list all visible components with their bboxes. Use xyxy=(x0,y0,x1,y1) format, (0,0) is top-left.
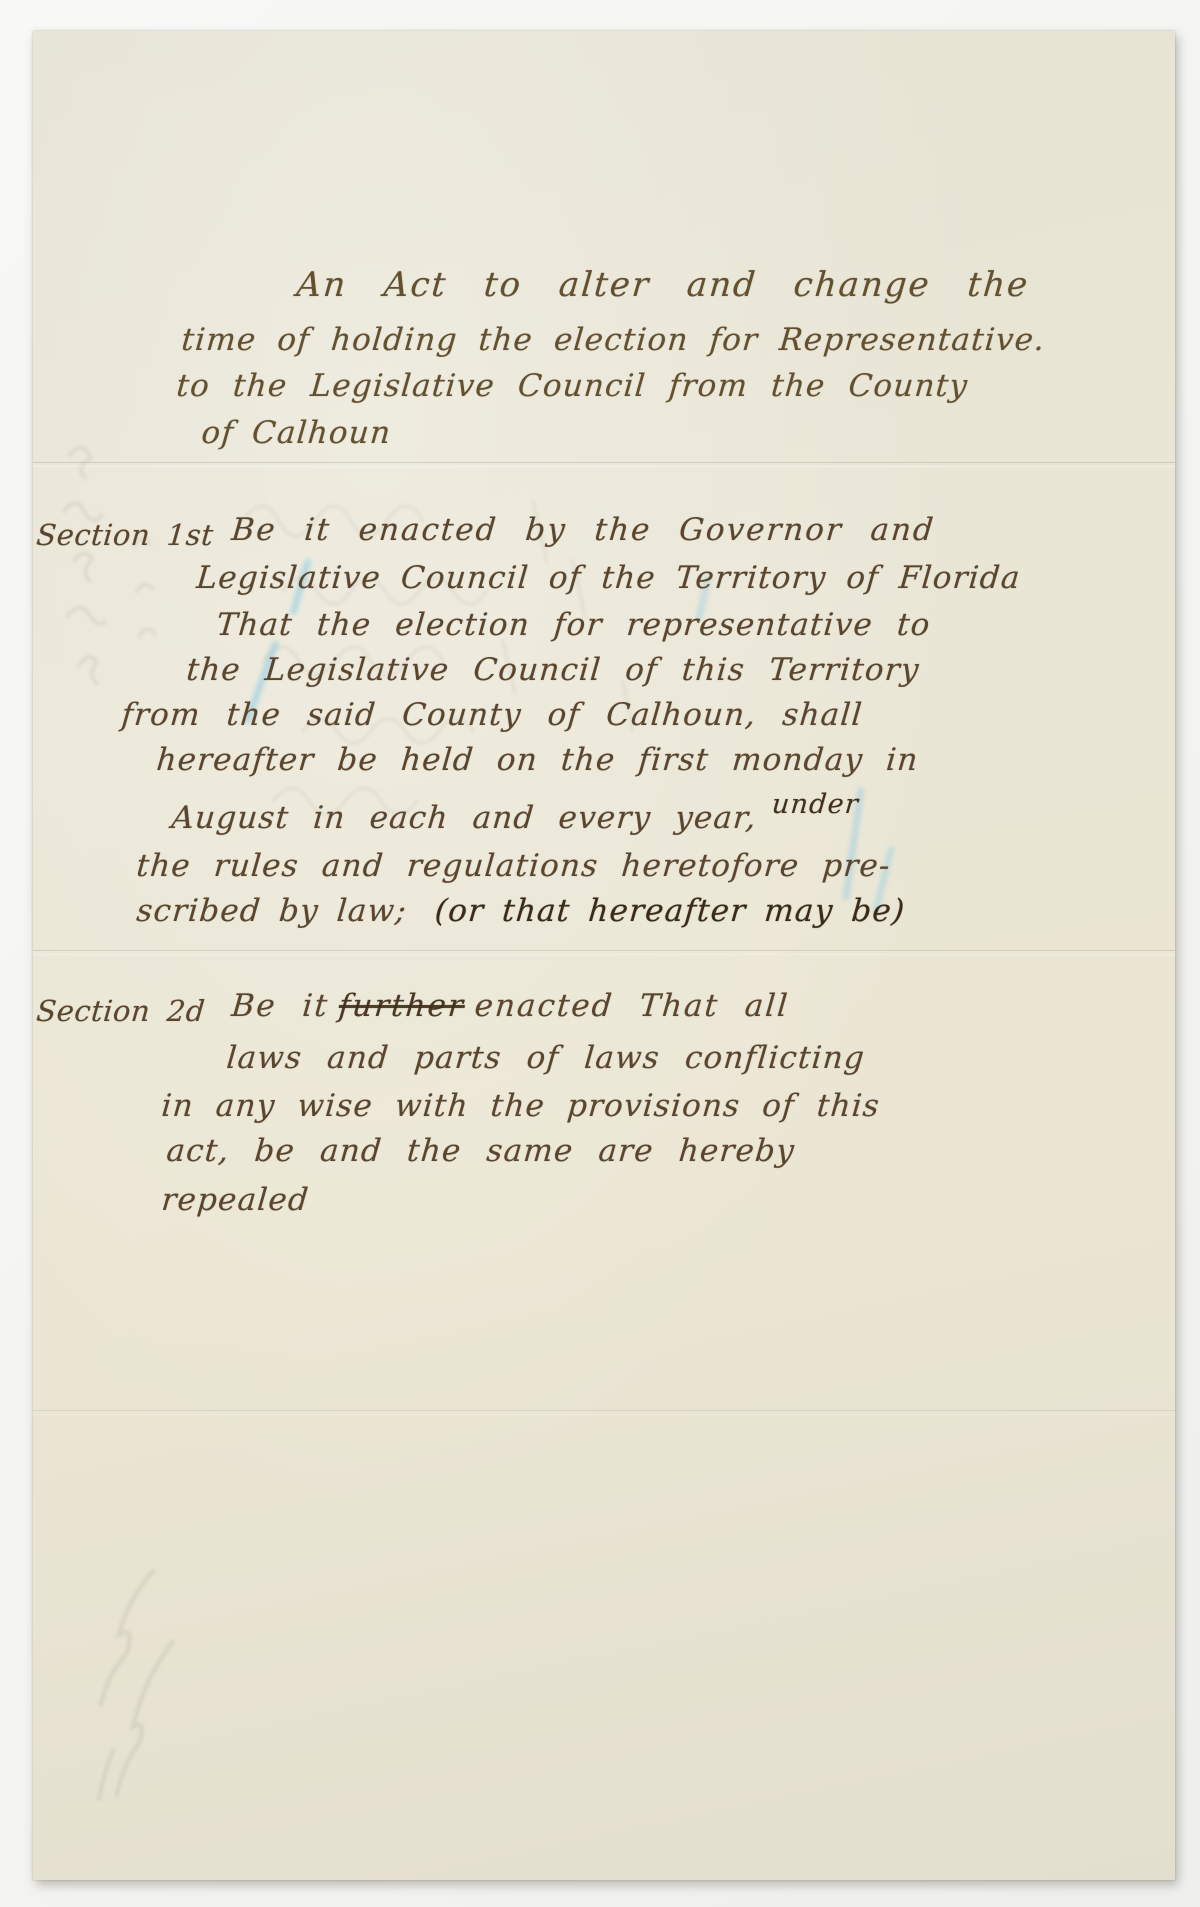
struck-out-word: further xyxy=(337,988,466,1024)
title-line-2: time of holding the election for Represe… xyxy=(180,322,1047,358)
section2-margin-label: Section 2d xyxy=(35,994,207,1028)
section2-label-word: Section xyxy=(35,994,152,1028)
section1-label-word: Section xyxy=(35,518,152,552)
bleedthrough-marks-left-margin xyxy=(39,426,169,726)
inserted-word-under: under xyxy=(771,789,861,820)
section2-line-1: Be itfurtherenacted That all xyxy=(230,988,791,1024)
section2-line-4: act, be and the same are hereby xyxy=(165,1133,796,1169)
fold-crease-top xyxy=(33,462,1175,466)
section2-line-3: in any wise with the provisions of this xyxy=(160,1088,882,1124)
bleedthrough-marks-bottom-left xyxy=(53,1551,233,1831)
section1-line-9: scribed by law;(or that hereafter may be… xyxy=(135,893,907,929)
section1-line-4: the Legislative Council of this Territor… xyxy=(185,652,921,688)
section1-line-9-text: scribed by law; xyxy=(135,893,409,929)
section1-line-6: hereafter be held on the first monday in xyxy=(155,742,920,778)
section1-line-1: Be it enacted by the Governor and xyxy=(230,512,937,548)
interlined-addition: (or that hereafter may be) xyxy=(433,893,906,929)
section1-line-2: Legislative Council of the Territory of … xyxy=(195,560,1022,596)
section1-number: 1st xyxy=(166,518,215,552)
section1-line-3: That the election for representative to xyxy=(215,607,932,643)
section1-line-5: from the said County of Calhoun, shall xyxy=(120,697,864,733)
section2-number: 2d xyxy=(166,994,207,1028)
section2-line-5: repealed xyxy=(160,1182,311,1218)
section1-margin-label: Section 1st xyxy=(35,518,215,552)
manuscript-page: An Act to alter and change the time of h… xyxy=(33,31,1175,1880)
title-line-1: An Act to alter and change the xyxy=(295,265,1031,305)
section2-line-2: laws and parts of laws conflicting xyxy=(225,1040,867,1076)
title-line-4: of Calhoun xyxy=(200,415,393,451)
photo-background: An Act to alter and change the time of h… xyxy=(0,0,1200,1907)
section1-line-8: the rules and regulations heretofore pre… xyxy=(135,848,892,884)
section2-line-1-pre: Be it xyxy=(230,988,331,1024)
title-line-3: to the Legislative Council from the Coun… xyxy=(175,368,970,404)
fold-crease-bottom xyxy=(33,1410,1175,1414)
section2-line-1-post: enacted That all xyxy=(473,988,791,1024)
section1-line-7: August in each and every year,under xyxy=(170,800,859,836)
section1-line-7-text: August in each and every year, xyxy=(170,800,758,836)
fold-crease-middle xyxy=(33,950,1175,954)
